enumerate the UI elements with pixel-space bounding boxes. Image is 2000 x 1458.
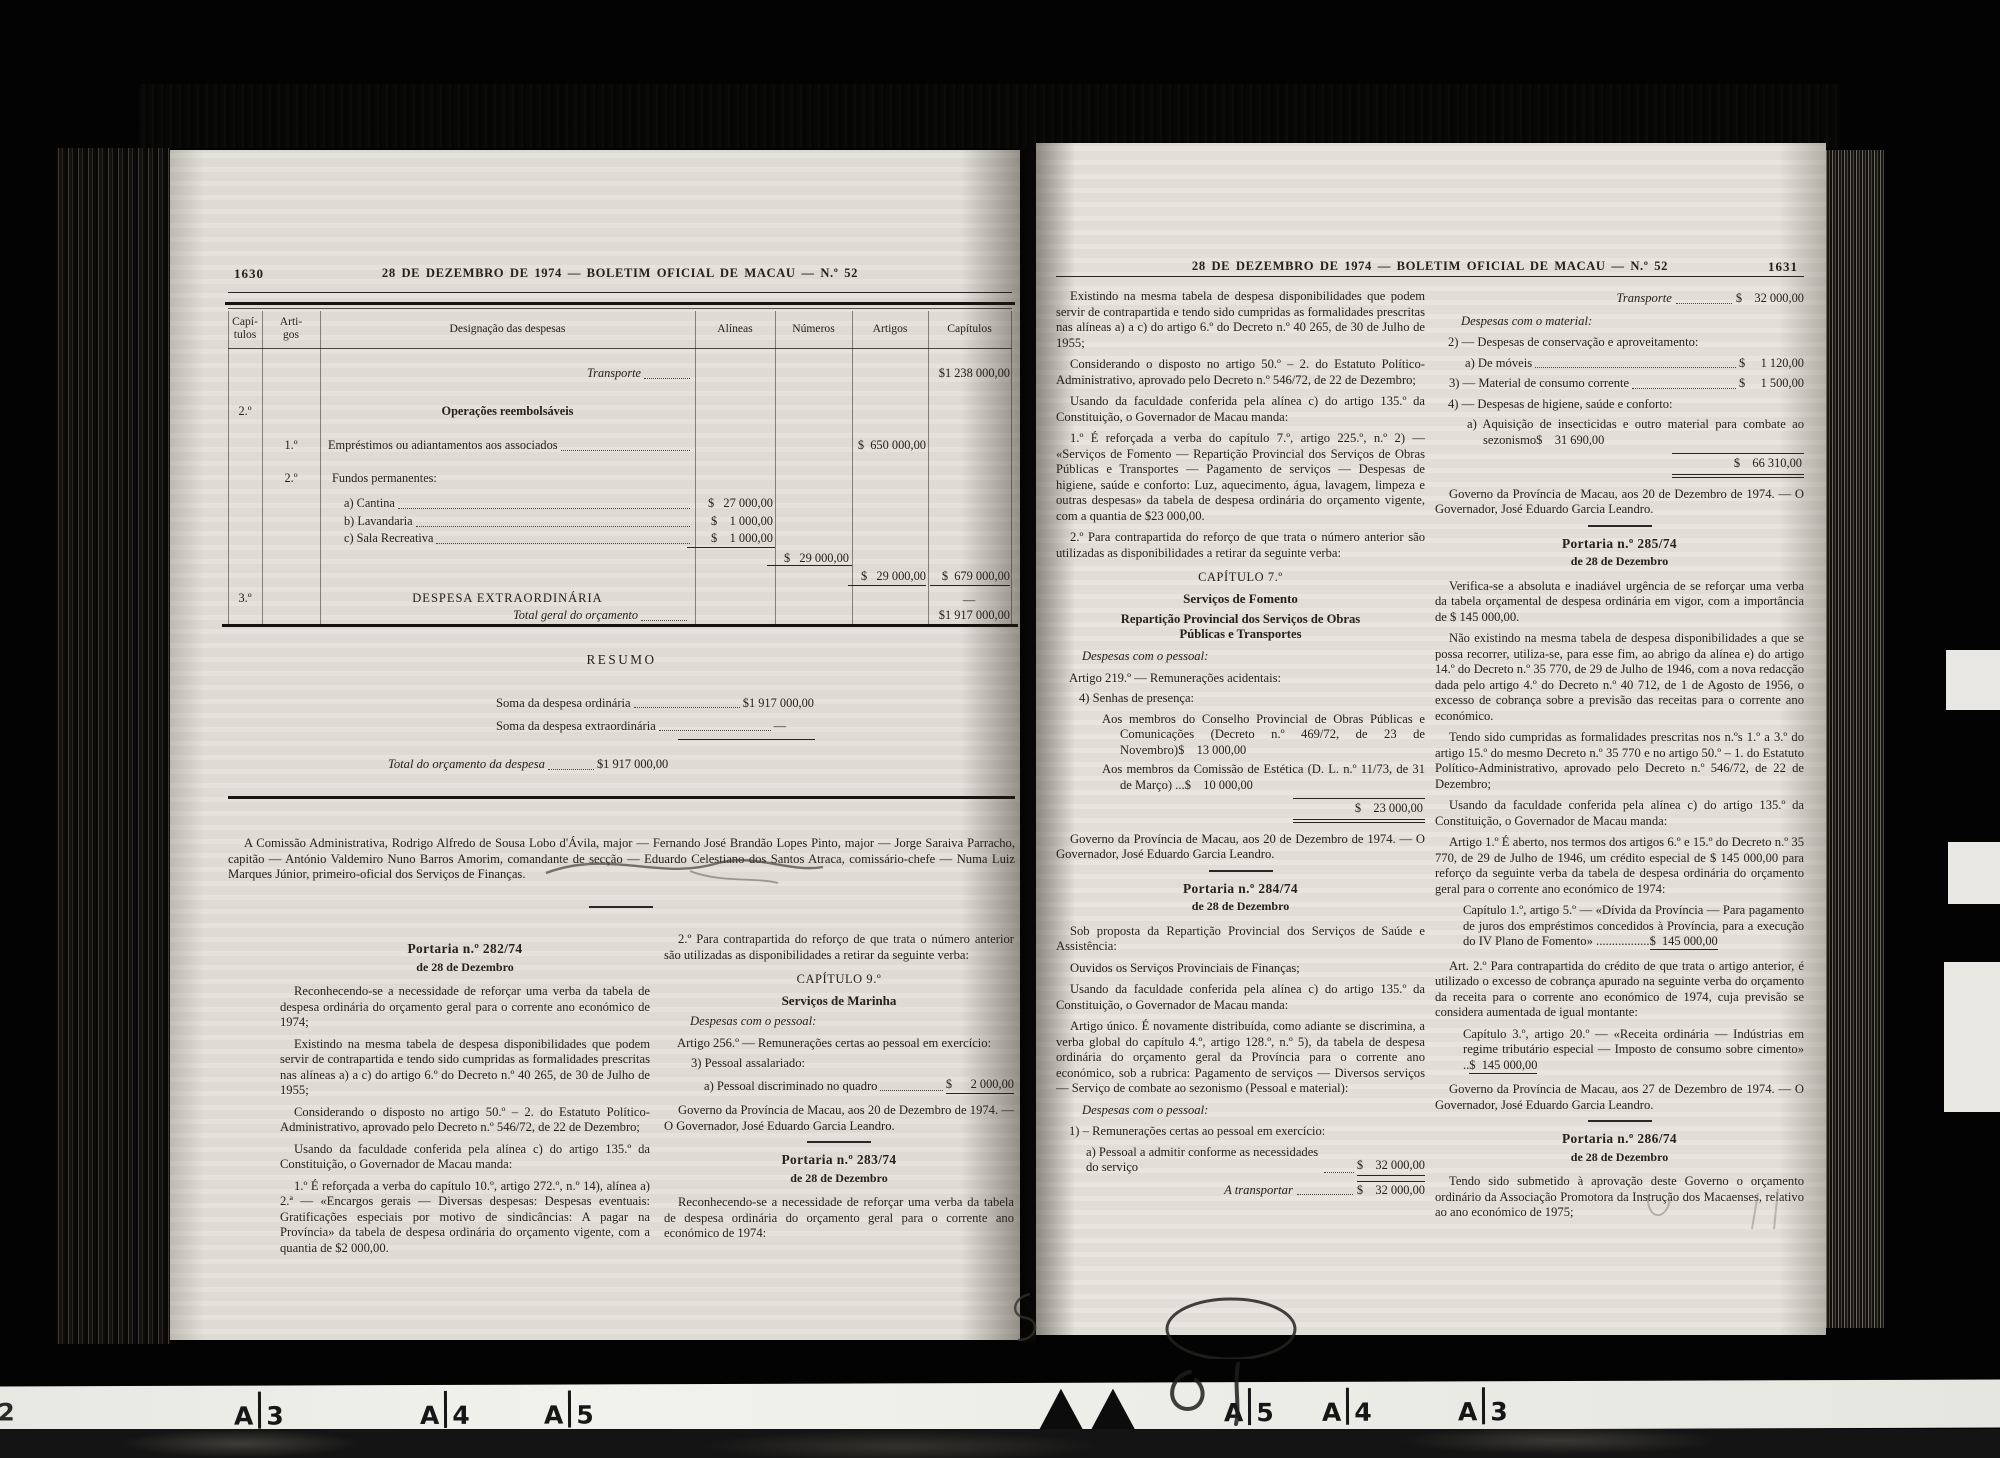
journal-title: 28 DE DEZEMBRO DE 1974 — BOLETIM OFICIAL… <box>1056 259 1804 275</box>
money-row: a) Aquisição de insecticidas e outro mat… <box>1435 417 1804 448</box>
section-divider <box>1209 870 1273 872</box>
paragraph: Ouvidos os Serviços Provinciais de Finan… <box>1056 961 1425 977</box>
paragraph: Não existindo na mesma tabela de despesa… <box>1435 631 1804 724</box>
pessoal-quadro-value: $ 2 000,00 <box>946 1077 1014 1095</box>
header-rule <box>1056 276 1804 277</box>
despesas-label: Despesas com o pessoal: <box>1056 1103 1425 1119</box>
column-right: 2.º Para contrapartida do reforço de que… <box>664 932 1014 1262</box>
paragraph: Artigo 1.º É aberto, nos termos dos arti… <box>1435 835 1804 897</box>
money-row: a) Pessoal a admitir conforme as necessi… <box>1056 1145 1425 1176</box>
signoff: Governo da Província de Macau, aos 20 de… <box>664 1103 1014 1134</box>
column-right: Transporte $ 32 000,00 Despesas com o ma… <box>1435 289 1804 1227</box>
portaria-283-title: Portaria n.º 283/74 <box>664 1152 1014 1168</box>
film-triangle-mark <box>1038 1389 1084 1432</box>
credit-145000-value: $ 145 000,00 <box>1650 934 1718 950</box>
money-row: Aos membros da Comissão de Estética (D. … <box>1056 762 1425 793</box>
book-left-page-edges <box>56 148 170 1344</box>
transporte-value: $1 238 000,00 <box>928 366 1010 382</box>
chapter-number: 3.º <box>228 591 262 607</box>
budget-table: Capí-tulos Arti-gos Designação das despe… <box>228 302 1012 634</box>
film-strip: 2 A3 A4 A5 A5 A4 A3 <box>0 1379 2000 1434</box>
left-page-columns: Portaria n.º 282/74 de 28 de Dezembro Re… <box>280 932 1014 1262</box>
conselho-value: $ 13 000,00 <box>1178 743 1246 757</box>
paragraph: Tendo sido cumpridas as formalidades pre… <box>1435 730 1804 792</box>
film-frame-notch <box>1944 962 2000 1112</box>
material-label: Despesas com o material: <box>1435 314 1804 330</box>
moveis-value: $ 1 120,00 <box>1739 356 1804 372</box>
subtotal-capitulos: $ 679 000,00 <box>928 569 1010 585</box>
estetica-value: $ 10 000,00 <box>1185 778 1253 792</box>
portaria-282-date: de 28 de Dezembro <box>280 960 650 976</box>
paragraph: 2.º Para contrapartida do reforço de que… <box>1056 530 1425 561</box>
film-edge-number: 2 <box>0 1398 15 1426</box>
column-left: Portaria n.º 282/74 de 28 de Dezembro Re… <box>280 932 650 1262</box>
committee-paragraph: A Comissão Administrativa, Rodrigo Alfre… <box>228 836 1015 883</box>
service-heading: Serviços de Marinha <box>664 993 1014 1009</box>
sala-value: $ 1 000,00 <box>695 531 773 547</box>
col-header-designacao: Designação das despesas <box>320 322 695 335</box>
subtotal-artigos: $ 29 000,00 <box>852 569 926 585</box>
portaria-286-date: de 28 de Dezembro <box>1435 1150 1804 1166</box>
right-page: 28 DE DEZEMBRO DE 1974 — BOLETIM OFICIAL… <box>1036 143 1826 1335</box>
total-23000-value: $ 23 000,00 <box>1293 798 1425 823</box>
film-frame-notch <box>1946 650 2000 710</box>
left-page: 1630 28 DE DEZEMBRO DE 1974 — BOLETIM OF… <box>170 150 1020 1340</box>
money-row: 3) — Material de consumo corrente $ 1 50… <box>1435 376 1804 392</box>
paragraph: Art. 2.º Para contrapartida do crédito d… <box>1435 959 1804 1021</box>
chapter-number: 2.º <box>228 404 262 420</box>
film-mark-a3: A3 <box>1458 1387 1508 1424</box>
col-header-artigos-left: Arti-gos <box>262 315 320 341</box>
paragraph: Usando da faculdade conferida pela alíne… <box>1056 394 1425 425</box>
transporte-value: $ 32 000,00 <box>1736 291 1804 307</box>
portaria-284-title: Portaria n.º 284/74 <box>1056 881 1425 897</box>
despesas-label: Despesas com o pessoal: <box>1056 649 1425 665</box>
right-page-columns: Existindo na mesma tabela de despesa dis… <box>1056 289 1804 1227</box>
extraordinaria-value: — <box>774 719 814 735</box>
page-number: 1631 <box>1768 259 1798 275</box>
film-frame-notch <box>1948 842 2000 904</box>
column-left: Existindo na mesma tabela de despesa dis… <box>1056 289 1425 1227</box>
portaria-285-title: Portaria n.º 285/74 <box>1435 536 1804 552</box>
col-header-alineas: Alíneas <box>695 322 775 335</box>
section-divider <box>1588 525 1652 527</box>
despesa-extraordinaria: DESPESA EXTRAORDINÁRIA <box>320 591 695 607</box>
portaria-285-date: de 28 de Dezembro <box>1435 554 1804 570</box>
signoff: Governo da Província de Macau, aos 20 de… <box>1435 487 1804 518</box>
insecticidas-value: $ 31 690,00 <box>1536 433 1604 447</box>
resumo-row: Soma da despesa ordinária $1 917 000,00 <box>496 688 814 711</box>
page-number: 1630 <box>234 266 264 282</box>
paragraph: Existindo na mesma tabela de despesa dis… <box>1056 289 1425 351</box>
pessoal-admitir-value: $ 32 000,00 <box>1357 1158 1425 1176</box>
resumo-total-value: $1 917 000,00 <box>597 757 668 773</box>
paragraph: Usando da faculdade conferida pela alíne… <box>280 1142 650 1173</box>
portaria-282-title: Portaria n.º 282/74 <box>280 941 650 957</box>
money-row: a) Pessoal discriminado no quadro $ 2 00… <box>664 1077 1014 1095</box>
credit-entry: Capítulo 1.º, artigo 5.º — «Dívida da Pr… <box>1435 903 1804 950</box>
table-row: c) Sala Recreativa <box>344 531 693 547</box>
portaria-284-date: de 28 de Dezembro <box>1056 899 1425 915</box>
item-line: 4) Senhas de presença: <box>1056 691 1425 707</box>
film-mark-a5: A5 <box>544 1390 594 1427</box>
film-mark-a4: A4 <box>1322 1388 1372 1425</box>
column-total-row: $ 23 000,00 <box>1056 798 1425 823</box>
table-bottom-rule <box>222 624 1018 627</box>
paragraph: 1.º É reforçada a verba do capítulo 10.º… <box>280 1179 650 1257</box>
col-header-capitulos-left: Capí-tulos <box>228 315 262 341</box>
consumo-value: $ 1 500,00 <box>1739 376 1804 392</box>
empty-dash: — <box>928 593 1010 609</box>
microfilm-scan-background: 1630 28 DE DEZEMBRO DE 1974 — BOLETIM OF… <box>0 0 2000 1458</box>
table-row: a) Cantina <box>344 496 693 512</box>
cantina-value: $ 27 000,00 <box>695 496 773 512</box>
resumo-row: Soma da despesa extraordinária — <box>496 711 814 734</box>
paragraph: 2.º Para contrapartida do reforço de que… <box>664 932 1014 963</box>
emprestimos-value: $ 650 000,00 <box>852 438 926 454</box>
table-row: Empréstimos ou adiantamentos aos associa… <box>328 438 693 454</box>
paragraph: Considerando o disposto no artigo 50.º –… <box>1056 357 1425 388</box>
portaria-286-title: Portaria n.º 286/74 <box>1435 1131 1804 1147</box>
a-transportar-value: $ 32 000,00 <box>1357 1181 1425 1199</box>
total-66310-value: $ 66 310,00 <box>1672 453 1804 478</box>
col-header-artigos: Artigos <box>852 322 928 335</box>
col-header-capitulos: Capítulos <box>928 322 1011 335</box>
department-heading: Repartição Provincial dos Serviços de Ob… <box>1116 612 1366 642</box>
book-right-page-edges <box>1826 150 1884 1328</box>
item-line: 3) Pessoal assalariado: <box>664 1056 1014 1072</box>
artigo-line: Artigo 256.º — Remunerações certas ao pe… <box>664 1036 1014 1052</box>
paragraph: Verifica-se a absoluta e inadiável urgên… <box>1435 579 1804 626</box>
col-header-numeros: Números <box>775 322 852 335</box>
signoff: Governo da Província de Macau, aos 27 de… <box>1435 1082 1804 1113</box>
portaria-283-date: de 28 de Dezembro <box>664 1171 1014 1187</box>
header-rule <box>228 292 1012 293</box>
article-number: 2.º <box>262 471 320 487</box>
item-line: 2) — Despesas de conservação e aproveita… <box>1435 335 1804 351</box>
service-heading: Serviços de Fomento <box>1056 591 1425 607</box>
resumo-title: RESUMO <box>228 652 1015 668</box>
money-row: a) De móveis $ 1 120,00 <box>1435 356 1804 372</box>
transporte-row: Transporte $ 32 000,00 <box>1435 291 1804 307</box>
journal-title: 28 DE DEZEMBRO DE 1974 — BOLETIM OFICIAL… <box>228 266 1012 282</box>
table-row: Transporte <box>320 366 693 382</box>
chapter-heading: CAPÍTULO 9.º <box>664 972 1014 988</box>
column-total-row: $ 66 310,00 <box>1435 453 1804 478</box>
section-divider <box>589 906 653 908</box>
film-bottom-edge <box>0 1429 2000 1458</box>
paragraph: Sob proposta da Repartição Provincial do… <box>1056 924 1425 955</box>
film-mark-a4: A4 <box>420 1391 470 1428</box>
article-number: 1.º <box>262 438 320 454</box>
left-page-header: 1630 28 DE DEZEMBRO DE 1974 — BOLETIM OF… <box>228 266 1012 286</box>
film-mark-a3: A3 <box>234 1392 284 1429</box>
total-geral-value: $1 917 000,00 <box>928 608 1010 624</box>
paragraph: Usando da faculdade conferida pela alíne… <box>1435 798 1804 829</box>
paragraph: Considerando o disposto no artigo 50.º –… <box>280 1105 650 1136</box>
book-gutter <box>1020 145 1036 1343</box>
money-row: Aos membros do Conselho Provincial de Ob… <box>1056 712 1425 759</box>
paragraph: Tendo sido submetido à aprovação deste G… <box>1435 1174 1804 1221</box>
lavandaria-value: $ 1 000,00 <box>695 514 773 530</box>
artigo-line: Artigo 219.º — Remunerações acidentais: <box>1056 671 1425 687</box>
table-top-rule <box>228 308 1012 309</box>
signoff: Governo da Província de Macau, aos 20 de… <box>1056 832 1425 863</box>
table-row: Fundos permanentes: <box>332 471 692 487</box>
despesas-label: Despesas com o pessoal: <box>664 1014 1014 1030</box>
film-triangle-mark <box>1090 1389 1136 1432</box>
section-divider <box>807 1141 871 1143</box>
section-title: Operações reembolsáveis <box>320 404 695 420</box>
table-row: b) Lavandaria <box>344 514 693 530</box>
paragraph: 1.º É reforçada a verba do capítulo 7.º,… <box>1056 431 1425 524</box>
a-transportar-row: A transportar $ 32 000,00 <box>1056 1181 1425 1199</box>
item-line: 4) — Despesas de higiene, saúde e confor… <box>1435 397 1804 413</box>
paragraph: Usando da faculdade conferida pela alíne… <box>1056 982 1425 1013</box>
section-divider <box>1588 1120 1652 1122</box>
receita-145000-value: $ 145 000,00 <box>1469 1058 1537 1074</box>
paragraph: Reconhecendo-se a necessidade de reforça… <box>280 984 650 1031</box>
film-mark-a5: A5 <box>1224 1388 1274 1425</box>
paragraph: Existindo na mesma tabela de despesa dis… <box>280 1037 650 1099</box>
credit-entry: Capítulo 3.º, artigo 20.º — «Receita ord… <box>1435 1027 1804 1074</box>
chapter-heading: CAPÍTULO 7.º <box>1056 570 1425 586</box>
paragraph: Artigo único. É novamente distribuída, c… <box>1056 1019 1425 1097</box>
paragraph: Reconhecendo-se a necessidade de reforça… <box>664 1195 1014 1242</box>
ordinaria-value: $1 917 000,00 <box>743 696 814 712</box>
book-top-page-edges <box>140 84 1840 148</box>
table-total-row: Total geral do orçamento <box>378 608 690 624</box>
resumo-total-row: Total do orçamento da despesa $1 917 000… <box>388 757 814 773</box>
item-line: 1) – Remunerações certas ao pessoal em e… <box>1056 1124 1425 1140</box>
